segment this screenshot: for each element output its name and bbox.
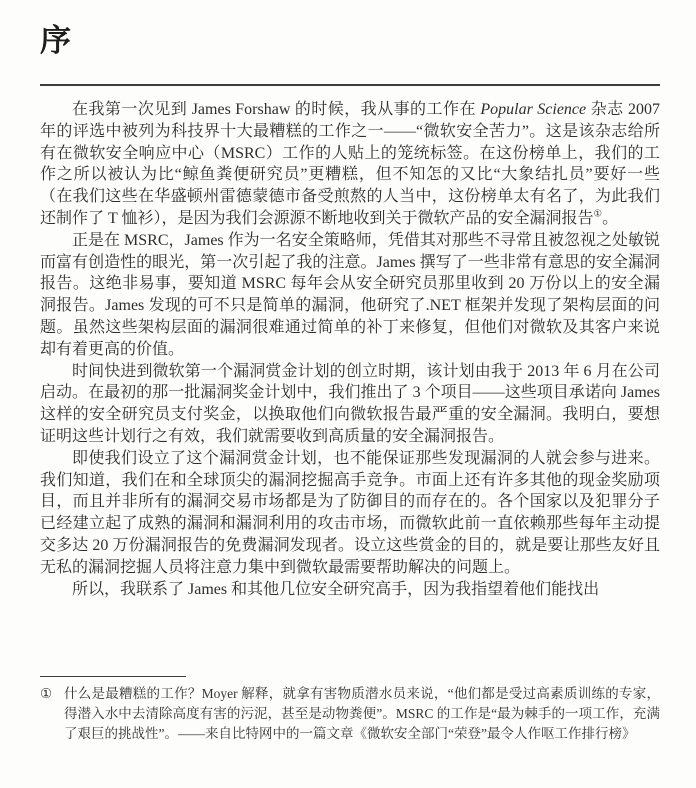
paragraph-5: 所以，我联系了 James 和其他几位安全研究高手，因为我指望着他们能找出 [40,579,660,601]
footnote: ① 什么是最糟糕的工作？Moyer 解释，就拿有害物质潜水员来说，“他们都是受过… [40,684,660,744]
footnote-area: ① 什么是最糟糕的工作？Moyer 解释，就拿有害物质潜水员来说，“他们都是受过… [40,676,660,744]
footnote-marker: ① [40,684,64,744]
paragraph-1: 在我第一次见到 James Forshaw 的时候，我从事的工作在 Popula… [40,99,660,230]
paragraph-2: 正是在 MSRC，James 作为一名安全策略师，凭借其对那些不寻常且被忽视之处… [40,230,660,361]
page-title: 序 [40,0,660,60]
body-text: 在我第一次见到 James Forshaw 的时候，我从事的工作在 Popula… [40,99,660,600]
paragraph-4: 即使我们设立了这个漏洞赏金计划，也不能保证那些发现漏洞的人就会参与进来。我们知道… [40,448,660,579]
title-rule [40,84,660,86]
book-page: 序 在我第一次见到 James Forshaw 的时候，我从事的工作在 Popu… [0,0,696,788]
footnote-text: 什么是最糟糕的工作？Moyer 解释，就拿有害物质潜水员来说，“他们都是受过高素… [64,684,660,744]
page-content: 序 在我第一次见到 James Forshaw 的时候，我从事的工作在 Popu… [40,0,660,600]
paragraph-3: 时间快进到微软第一个漏洞赏金计划的创立时期，该计划由我于 2013 年 6 月在… [40,361,660,448]
footnote-rule [40,676,186,677]
